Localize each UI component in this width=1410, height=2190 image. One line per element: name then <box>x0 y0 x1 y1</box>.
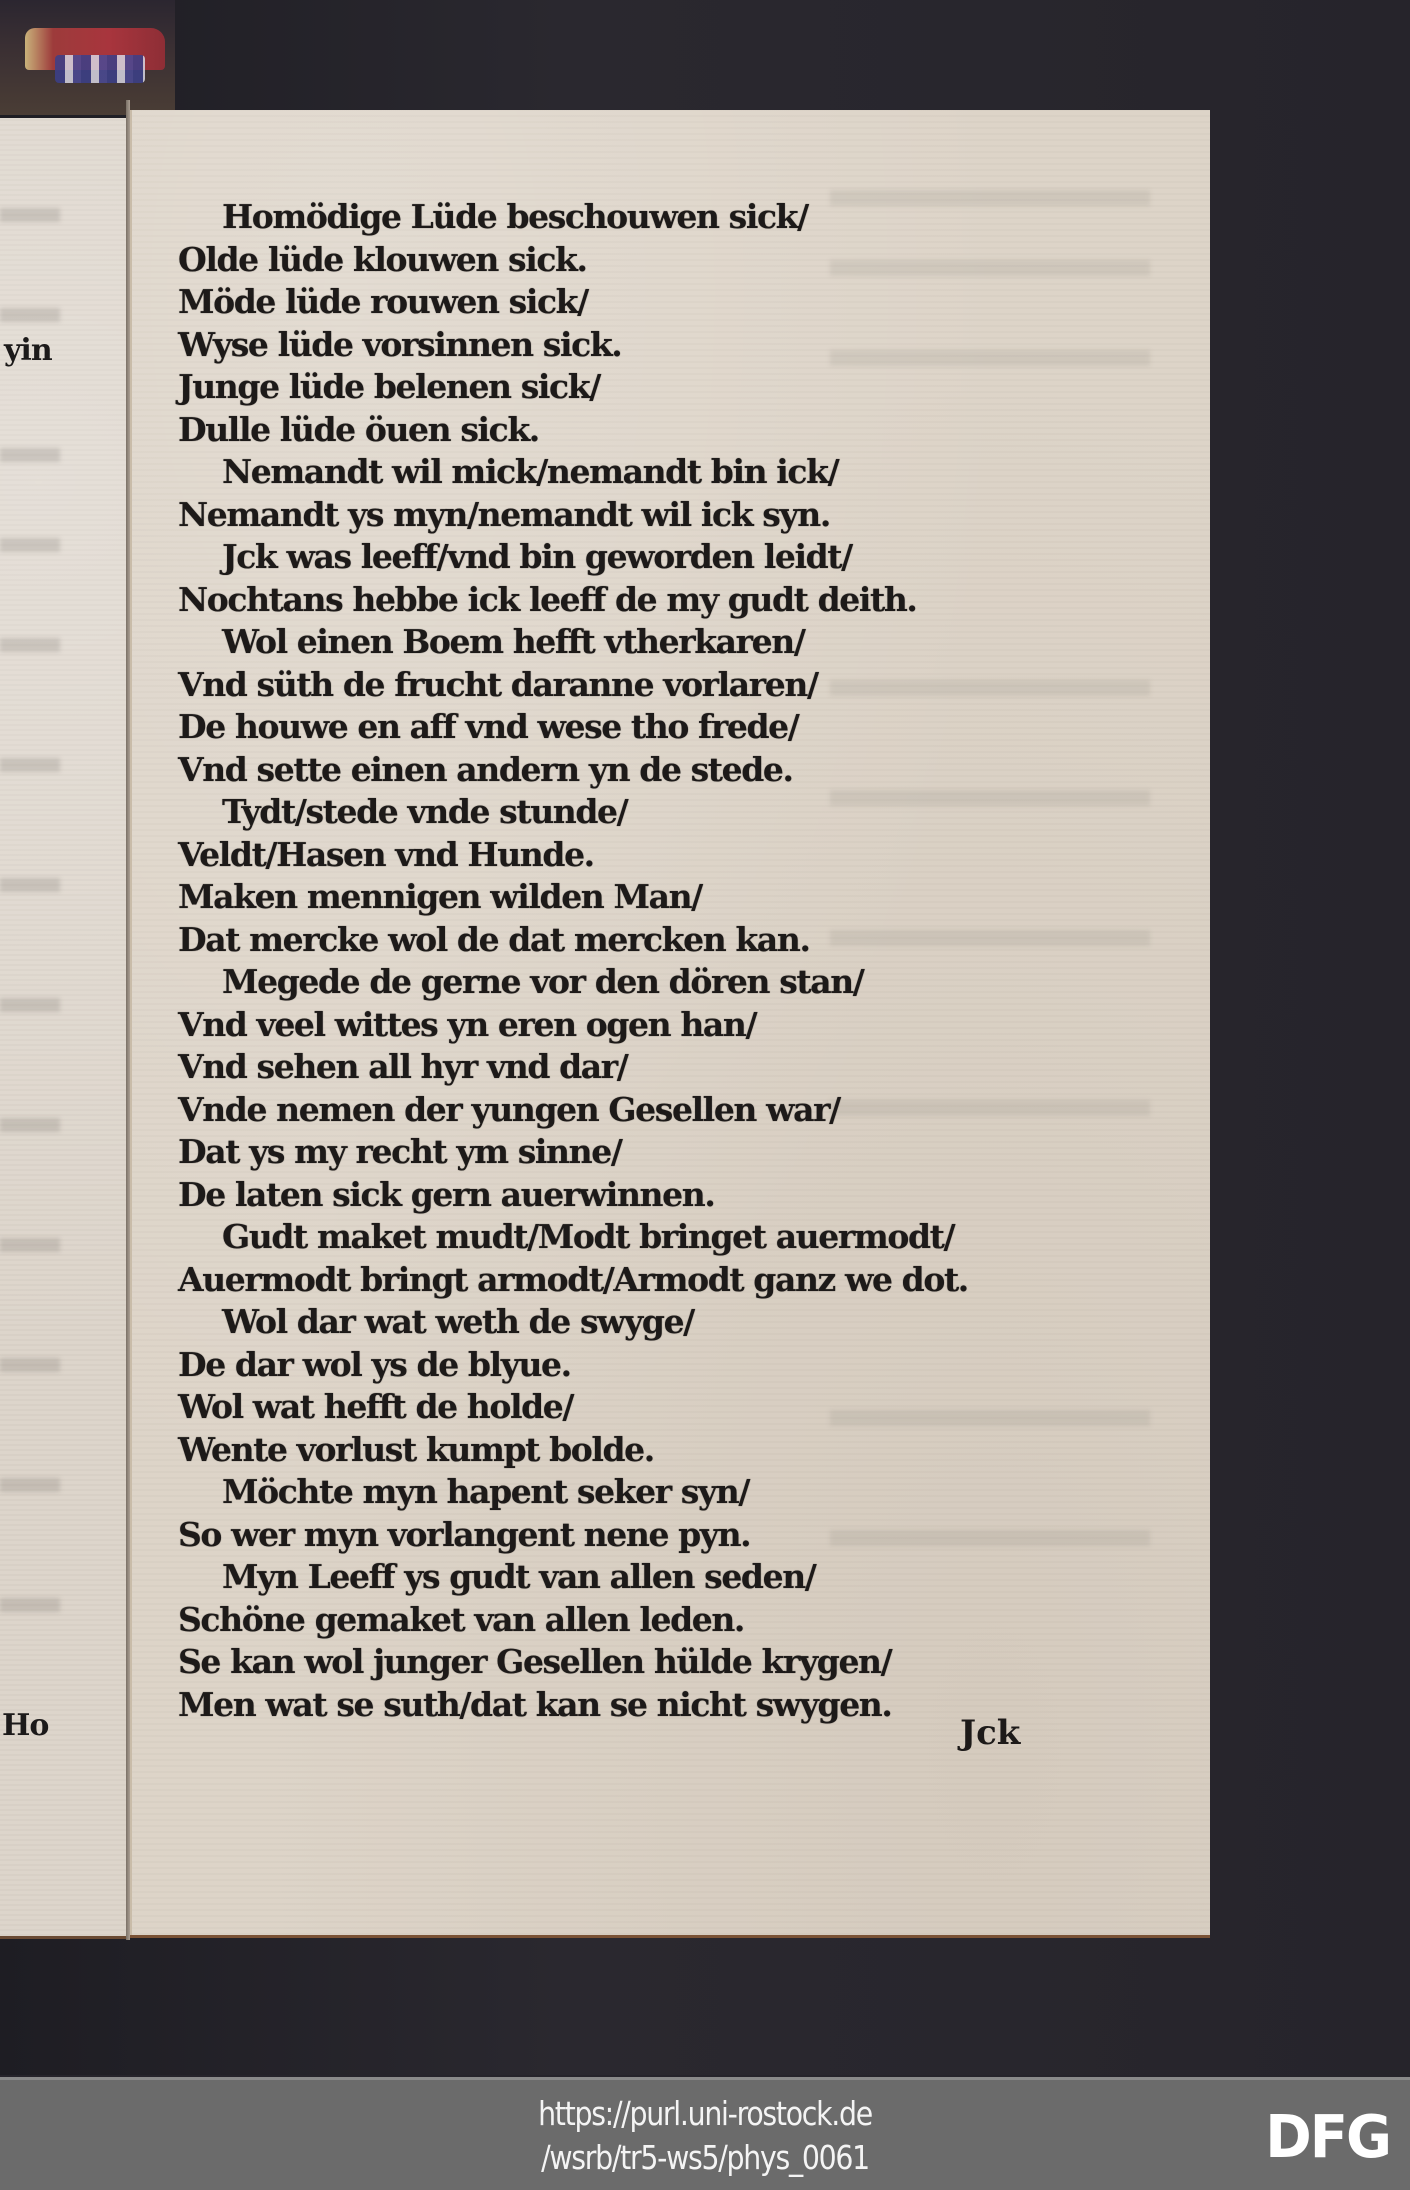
text-line: Olde lüde klouwen sick. <box>178 240 587 279</box>
text-line: Dulle lüde öuen sick. <box>178 410 539 449</box>
text-line: Wente vorlust kumpt bolde. <box>178 1430 654 1469</box>
left-page: yin Ho <box>0 118 128 1939</box>
left-page-text-fragment: yin <box>4 333 52 368</box>
show-through-text <box>0 448 60 462</box>
text-line: De dar wol ys de blyue. <box>178 1345 571 1384</box>
text-line: Tydt/stede vnde stunde/ <box>222 792 627 831</box>
show-through-text <box>0 1478 60 1492</box>
text-line: Vnde nemen der yungen Gesellen war/ <box>178 1090 840 1129</box>
permalink-line-1[interactable]: https://purl.uni-rostock.de <box>99 2094 1312 2133</box>
text-line: Möde lüde rouwen sick/ <box>178 282 588 321</box>
show-through-text <box>0 758 60 772</box>
show-through-text <box>0 1118 60 1132</box>
text-line: Dat mercke wol de dat mercken kan. <box>178 920 810 959</box>
show-through-text <box>0 878 60 892</box>
text-line: So wer myn vorlangent nene pyn. <box>178 1515 750 1554</box>
show-through-text <box>0 538 60 552</box>
text-line: De laten sick gern auerwinnen. <box>178 1175 714 1214</box>
text-line: Maken mennigen wilden Man/ <box>178 877 702 916</box>
text-line: Dat ys my recht ym sinne/ <box>178 1132 621 1171</box>
text-line: Schöne gemaket van allen leden. <box>178 1600 744 1639</box>
text-line: Men wat se suth/dat kan se nicht swygen. <box>178 1685 892 1724</box>
text-line: Se kan wol junger Gesellen hülde krygen/ <box>178 1642 891 1681</box>
left-page-text-fragment: Ho <box>2 1708 48 1743</box>
text-line: Vnd sette einen andern yn de stede. <box>178 750 793 789</box>
show-through-text <box>0 1238 60 1252</box>
show-through-text <box>0 308 60 322</box>
show-through-text <box>0 638 60 652</box>
book-headband <box>0 0 175 115</box>
show-through-text <box>0 208 60 222</box>
text-line: Veldt/Hasen vnd Hunde. <box>178 835 594 874</box>
text-line: Wol dar wat weth de swyge/ <box>222 1302 694 1341</box>
scan-background: yin Ho Homödige Lüde beschouwen sick/Old… <box>0 0 1410 2075</box>
text-line: Junge lüde belenen sick/ <box>178 367 600 406</box>
show-through-text <box>0 1358 60 1372</box>
printed-text-block: Homödige Lüde beschouwen sick/Olde lüde … <box>130 110 1210 1935</box>
text-line: Möchte myn hapent seker syn/ <box>222 1472 749 1511</box>
headband-stitching <box>55 55 145 83</box>
permalink-line-2[interactable]: /wsrb/tr5-ws5/phys_0061 <box>99 2138 1312 2177</box>
text-line: Wol wat hefft de holde/ <box>178 1387 573 1426</box>
text-line: Auermodt bringt armodt/Armodt ganz we do… <box>178 1260 968 1299</box>
text-line: Myn Leeff ys gudt van allen seden/ <box>222 1557 815 1596</box>
dfg-logo: DFG <box>1265 2109 1390 2168</box>
catchword: Jck <box>960 1713 1020 1753</box>
show-through-text <box>0 1598 60 1612</box>
text-line: Jck was leeff/vnd bin geworden leidt/ <box>222 537 852 576</box>
text-line: De houwe en aff vnd wese tho frede/ <box>178 707 798 746</box>
text-line: Megede de gerne vor den dören stan/ <box>222 962 863 1001</box>
text-line: Vnd sehen all hyr vnd dar/ <box>178 1047 627 1086</box>
text-line: Gudt maket mudt/Modt bringet auermodt/ <box>222 1217 954 1256</box>
text-line: Nemandt ys myn/nemandt wil ick syn. <box>178 495 830 534</box>
text-line: Nochtans hebbe ick leeff de my gudt deit… <box>178 580 917 619</box>
show-through-text <box>0 998 60 1012</box>
text-line: Vnd veel wittes yn eren ogen han/ <box>178 1005 756 1044</box>
text-line: Homödige Lüde beschouwen sick/ <box>222 197 808 236</box>
text-line: Nemandt wil mick/nemandt bin ick/ <box>222 452 838 491</box>
viewer-footer: https://purl.uni-rostock.de /wsrb/tr5-ws… <box>0 2077 1410 2190</box>
text-line: Wol einen Boem hefft vtherkaren/ <box>222 622 805 661</box>
right-page: Homödige Lüde beschouwen sick/Olde lüde … <box>130 110 1210 1938</box>
text-line: Vnd süth de frucht daranne vorlaren/ <box>178 665 818 704</box>
text-line: Wyse lüde vorsinnen sick. <box>178 325 621 364</box>
